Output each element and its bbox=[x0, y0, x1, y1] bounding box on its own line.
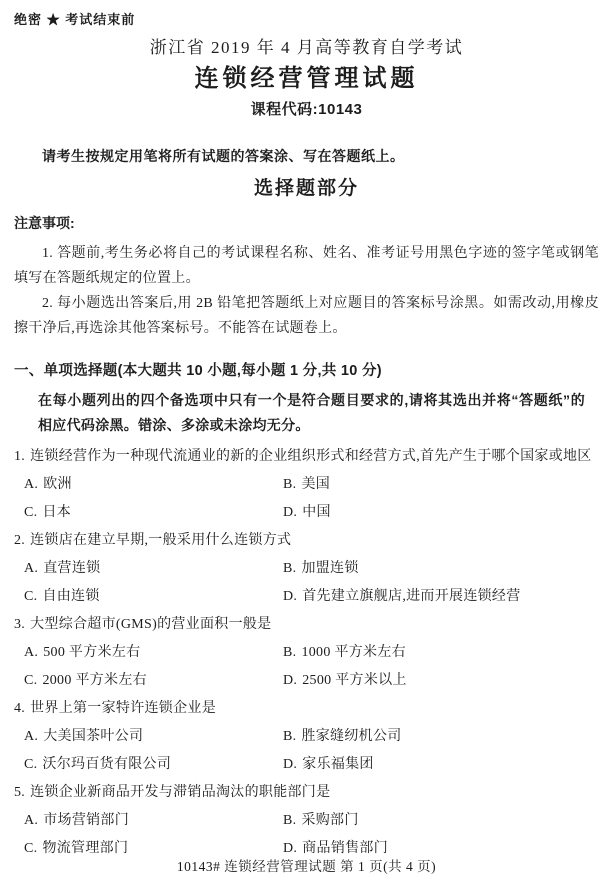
course-code: 课程代码:10143 bbox=[14, 101, 599, 119]
notes-block: 1. 答题前,考生务必将自己的考试课程名称、姓名、准考证号用黑色字迹的签字笔或钢… bbox=[14, 241, 599, 341]
option-d: D.中国 bbox=[283, 499, 599, 527]
option-label: C. bbox=[24, 751, 37, 779]
option-d: D.首先建立旗舰店,进而开展连锁经营 bbox=[283, 583, 599, 611]
option-b: B.加盟连锁 bbox=[283, 555, 599, 583]
option-text: 1000 平方米左右 bbox=[301, 645, 406, 660]
question-number: 2. bbox=[14, 527, 25, 555]
option-text: 市场营销部门 bbox=[43, 813, 129, 828]
option-b: B.采购部门 bbox=[283, 807, 599, 835]
option-label: C. bbox=[24, 667, 37, 695]
option-label: B. bbox=[283, 807, 296, 835]
notes-heading: 注意事项: bbox=[14, 215, 599, 231]
section-heading: 选择题部分 bbox=[14, 178, 599, 200]
question-number: 5. bbox=[14, 779, 25, 807]
question-4: 4.世界上第一家特许连锁企业是 A.大美国茶叶公司 B.胜家缝纫机公司 C.沃尔… bbox=[14, 695, 599, 779]
option-text: 采购部门 bbox=[301, 813, 358, 828]
question-number: 1. bbox=[14, 443, 25, 471]
options-row: C.2000 平方米左右 D.2500 平方米以上 bbox=[24, 667, 599, 695]
option-label: C. bbox=[24, 499, 37, 527]
option-label: A. bbox=[24, 807, 38, 835]
option-text: 胜家缝纫机公司 bbox=[301, 729, 401, 744]
option-a: A.直营连锁 bbox=[24, 555, 283, 583]
option-text: 首先建立旗舰店,进而开展连锁经营 bbox=[302, 589, 520, 604]
question-text: 1.连锁经营作为一种现代流通业的新的企业组织形式和经营方式,首先产生于哪个国家或… bbox=[14, 443, 599, 471]
option-label: B. bbox=[283, 639, 296, 667]
classification-banner: 绝密 ★ 考试结束前 bbox=[14, 12, 599, 28]
options-row: A.欧洲 B.美国 bbox=[24, 471, 599, 499]
option-c: C.沃尔玛百货有限公司 bbox=[24, 751, 283, 779]
question-1: 1.连锁经营作为一种现代流通业的新的企业组织形式和经营方式,首先产生于哪个国家或… bbox=[14, 443, 599, 527]
option-text: 2500 平方米以上 bbox=[302, 673, 407, 688]
option-label: D. bbox=[283, 583, 297, 611]
option-b: B.美国 bbox=[283, 471, 599, 499]
option-label: A. bbox=[24, 555, 38, 583]
option-d: D.2500 平方米以上 bbox=[283, 667, 599, 695]
option-text: 加盟连锁 bbox=[301, 561, 358, 576]
question-stem: 大型综合超市(GMS)的营业面积一般是 bbox=[30, 617, 271, 632]
option-text: 美国 bbox=[301, 477, 330, 492]
exam-session-title: 浙江省 2019 年 4 月高等教育自学考试 bbox=[14, 38, 599, 58]
option-text: 大美国茶叶公司 bbox=[43, 729, 143, 744]
options-row: A.大美国茶叶公司 B.胜家缝纫机公司 bbox=[24, 723, 599, 751]
option-b: B.胜家缝纫机公司 bbox=[283, 723, 599, 751]
option-label: B. bbox=[283, 471, 296, 499]
option-b: B.1000 平方米左右 bbox=[283, 639, 599, 667]
exam-paper-page: 绝密 ★ 考试结束前 浙江省 2019 年 4 月高等教育自学考试 连锁经营管理… bbox=[0, 0, 613, 885]
question-stem: 连锁企业新商品开发与滞销品淘汰的职能部门是 bbox=[30, 785, 330, 800]
question-text: 4.世界上第一家特许连锁企业是 bbox=[14, 695, 599, 723]
question-stem: 连锁经营作为一种现代流通业的新的企业组织形式和经营方式,首先产生于哪个国家或地区 bbox=[30, 449, 592, 464]
options-row: A.500 平方米左右 B.1000 平方米左右 bbox=[24, 639, 599, 667]
option-text: 中国 bbox=[302, 505, 331, 520]
option-text: 2000 平方米左右 bbox=[42, 673, 147, 688]
question-number: 4. bbox=[14, 695, 25, 723]
page-footer: 10143# 连锁经营管理试题 第 1 页(共 4 页) bbox=[0, 855, 613, 875]
note-item-1: 1. 答题前,考生务必将自己的考试课程名称、姓名、准考证号用黑色字迹的签字笔或钢… bbox=[14, 241, 599, 291]
option-text: 自由连锁 bbox=[42, 589, 99, 604]
question-number: 3. bbox=[14, 611, 25, 639]
option-a: A.大美国茶叶公司 bbox=[24, 723, 283, 751]
option-text: 直营连锁 bbox=[43, 561, 100, 576]
option-a: A.500 平方米左右 bbox=[24, 639, 283, 667]
question-text: 5.连锁企业新商品开发与滞销品淘汰的职能部门是 bbox=[14, 779, 599, 807]
option-label: D. bbox=[283, 499, 297, 527]
option-a: A.市场营销部门 bbox=[24, 807, 283, 835]
option-text: 沃尔玛百货有限公司 bbox=[42, 757, 171, 772]
question-stem: 世界上第一家特许连锁企业是 bbox=[30, 701, 216, 716]
options-row: C.日本 D.中国 bbox=[24, 499, 599, 527]
question-5: 5.连锁企业新商品开发与滞销品淘汰的职能部门是 A.市场营销部门 B.采购部门 … bbox=[14, 779, 599, 863]
option-c: C.日本 bbox=[24, 499, 283, 527]
option-text: 商品销售部门 bbox=[302, 841, 388, 856]
question-text: 2.连锁店在建立早期,一般采用什么连锁方式 bbox=[14, 527, 599, 555]
note-item-2: 2. 每小题选出答案后,用 2B 铅笔把答题纸上对应题目的答案标号涂黑。如需改动… bbox=[14, 291, 599, 341]
part-heading: 一、单项选择题(本大题共 10 小题,每小题 1 分,共 10 分) bbox=[14, 362, 599, 380]
question-stem: 连锁店在建立早期,一般采用什么连锁方式 bbox=[30, 533, 291, 548]
option-label: C. bbox=[24, 583, 37, 611]
option-text: 欧洲 bbox=[43, 477, 72, 492]
options-row: A.市场营销部门 B.采购部门 bbox=[24, 807, 599, 835]
option-c: C.2000 平方米左右 bbox=[24, 667, 283, 695]
option-label: D. bbox=[283, 667, 297, 695]
options-row: A.直营连锁 B.加盟连锁 bbox=[24, 555, 599, 583]
option-text: 家乐福集团 bbox=[302, 757, 374, 772]
question-2: 2.连锁店在建立早期,一般采用什么连锁方式 A.直营连锁 B.加盟连锁 C.自由… bbox=[14, 527, 599, 611]
option-a: A.欧洲 bbox=[24, 471, 283, 499]
option-label: A. bbox=[24, 639, 38, 667]
question-list: 1.连锁经营作为一种现代流通业的新的企业组织形式和经营方式,首先产生于哪个国家或… bbox=[14, 443, 599, 863]
option-d: D.家乐福集团 bbox=[283, 751, 599, 779]
question-text: 3.大型综合超市(GMS)的营业面积一般是 bbox=[14, 611, 599, 639]
option-label: B. bbox=[283, 555, 296, 583]
options-row: C.自由连锁 D.首先建立旗舰店,进而开展连锁经营 bbox=[24, 583, 599, 611]
option-text: 500 平方米左右 bbox=[43, 645, 140, 660]
option-label: A. bbox=[24, 471, 38, 499]
candidate-instruction: 请考生按规定用笔将所有试题的答案涂、写在答题纸上。 bbox=[14, 147, 599, 165]
paper-title: 连锁经营管理试题 bbox=[14, 64, 599, 94]
question-3: 3.大型综合超市(GMS)的营业面积一般是 A.500 平方米左右 B.1000… bbox=[14, 611, 599, 695]
option-label: D. bbox=[283, 751, 297, 779]
option-label: B. bbox=[283, 723, 296, 751]
option-label: A. bbox=[24, 723, 38, 751]
part-instruction: 在每小题列出的四个备选项中只有一个是符合题目要求的,请将其选出并将“答题纸”的相… bbox=[38, 388, 585, 438]
options-row: C.沃尔玛百货有限公司 D.家乐福集团 bbox=[24, 751, 599, 779]
option-text: 日本 bbox=[42, 505, 71, 520]
option-text: 物流管理部门 bbox=[42, 841, 128, 856]
option-c: C.自由连锁 bbox=[24, 583, 283, 611]
